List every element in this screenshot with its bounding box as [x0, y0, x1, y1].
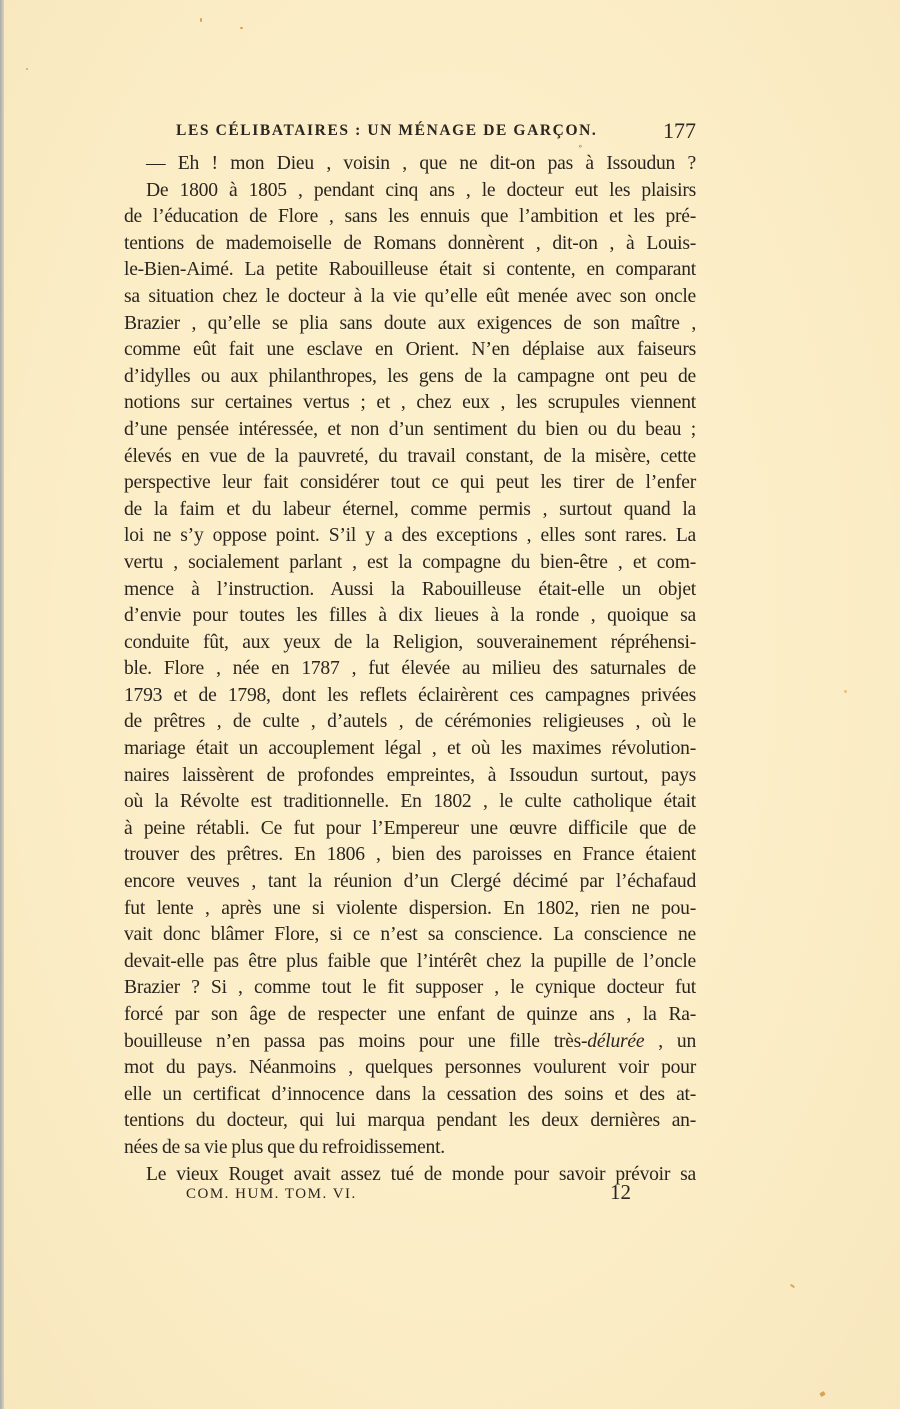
text-line: mence à l’instruction. Aussi la Rabouill…: [124, 577, 696, 604]
running-title: Les Célibataires : un ménage de garçon.: [176, 122, 597, 140]
text-line: forcé par son âge de respecter une enfan…: [124, 1002, 696, 1029]
text-line: naires laissèrent de profondes empreinte…: [124, 763, 696, 790]
paper-speck: [200, 18, 202, 22]
text-segment: bouilleuse n’en passa pas moins pour une…: [124, 1031, 587, 1052]
text-line: elle un certificat d’innocence dans la c…: [124, 1082, 696, 1109]
paper-speck: [844, 690, 847, 693]
page-number: 177: [663, 118, 696, 144]
text-line: trouver des prêtres. En 1806 , bien des …: [124, 842, 696, 869]
text-line: ble. Flore , née en 1787 , fut élevée au…: [124, 656, 696, 683]
text-line: comme eût fait une esclave en Orient. N’…: [124, 337, 696, 364]
page-footer: COM. HUM. TOM. VI. 12: [124, 1180, 696, 1210]
paper-speck: [240, 27, 243, 29]
text-line: conduite fût, aux yeux de la Religion, s…: [124, 630, 696, 657]
text-line: le-Bien-Aimé. La petite Rabouilleuse éta…: [124, 257, 696, 284]
sheet-number: 12: [610, 1180, 631, 1205]
italic-word: délurée: [587, 1031, 644, 1052]
text-line: — Eh ! mon Dieu , voisin , que ne dit-on…: [124, 151, 696, 178]
text-line: de l’éducation de Flore , sans les ennui…: [124, 204, 696, 231]
paper-speck: [790, 1284, 795, 1289]
text-line: d’idylles ou aux philanthropes, les gens…: [124, 364, 696, 391]
text-line: d’envie pour toutes les filles à dix lie…: [124, 603, 696, 630]
paper-speck: [819, 1391, 825, 1397]
text-line: encore veuves , tant la réunion d’un Cle…: [124, 869, 696, 896]
text-line: mot du pays. Néanmoins , quelques person…: [124, 1055, 696, 1082]
text-line: sa situation chez le docteur à la vie qu…: [124, 284, 696, 311]
text-line: vertu , socialement parlant , est la com…: [124, 550, 696, 577]
text-line: perspective leur fait considérer tout ce…: [124, 470, 696, 497]
text-line: loi ne s’y oppose point. S’il y a des ex…: [124, 523, 696, 550]
text-line: nées de sa vie plus que du refroidisseme…: [124, 1135, 696, 1162]
page-edge-shadow: [0, 0, 4, 1409]
printer-signature: COM. HUM. TOM. VI.: [186, 1186, 357, 1203]
text-segment: , un: [644, 1031, 696, 1052]
text-line-with-italic: bouilleuse n’en passa pas moins pour une…: [124, 1029, 696, 1056]
body-text: — Eh ! mon Dieu , voisin , que ne dit-on…: [124, 151, 696, 1188]
text-line: de la faim et du labeur éternel, comme p…: [124, 497, 696, 524]
paper-speck: [26, 68, 28, 70]
text-line: vait donc blâmer Flore, si ce n’est sa c…: [124, 922, 696, 949]
text-line: notions sur certaines vertus ; et , chez…: [124, 390, 696, 417]
text-line: où la Révolte est traditionnelle. En 180…: [124, 789, 696, 816]
text-line: d’une pensée intéressée, et non d’un sen…: [124, 417, 696, 444]
text-line: de prêtres , de culte , d’autels , de cé…: [124, 709, 696, 736]
text-line: devait-elle pas être plus faible que l’i…: [124, 949, 696, 976]
text-line: à peine rétabli. Ce fut pour l’Empereur …: [124, 816, 696, 843]
book-page: Les Célibataires : un ménage de garçon. …: [0, 0, 900, 1409]
text-line: mariage était un accouplement légal , et…: [124, 736, 696, 763]
text-line: fut lente , après une si violente disper…: [124, 896, 696, 923]
page-header: Les Célibataires : un ménage de garçon. …: [124, 118, 696, 146]
text-line: tentions du docteur, qui lui marqua pend…: [124, 1108, 696, 1135]
text-line: Brazier ? Si , comme tout le fit suppose…: [124, 975, 696, 1002]
text-line: élevés en vue de la pauvreté, du travail…: [124, 444, 696, 471]
text-line: 1793 et de 1798, dont les reflets éclair…: [124, 683, 696, 710]
text-line: Brazier , qu’elle se plia sans doute aux…: [124, 311, 696, 338]
text-line: tentions de mademoiselle de Romans donnè…: [124, 231, 696, 258]
text-line: De 1800 à 1805 , pendant cinq ans , le d…: [124, 178, 696, 205]
